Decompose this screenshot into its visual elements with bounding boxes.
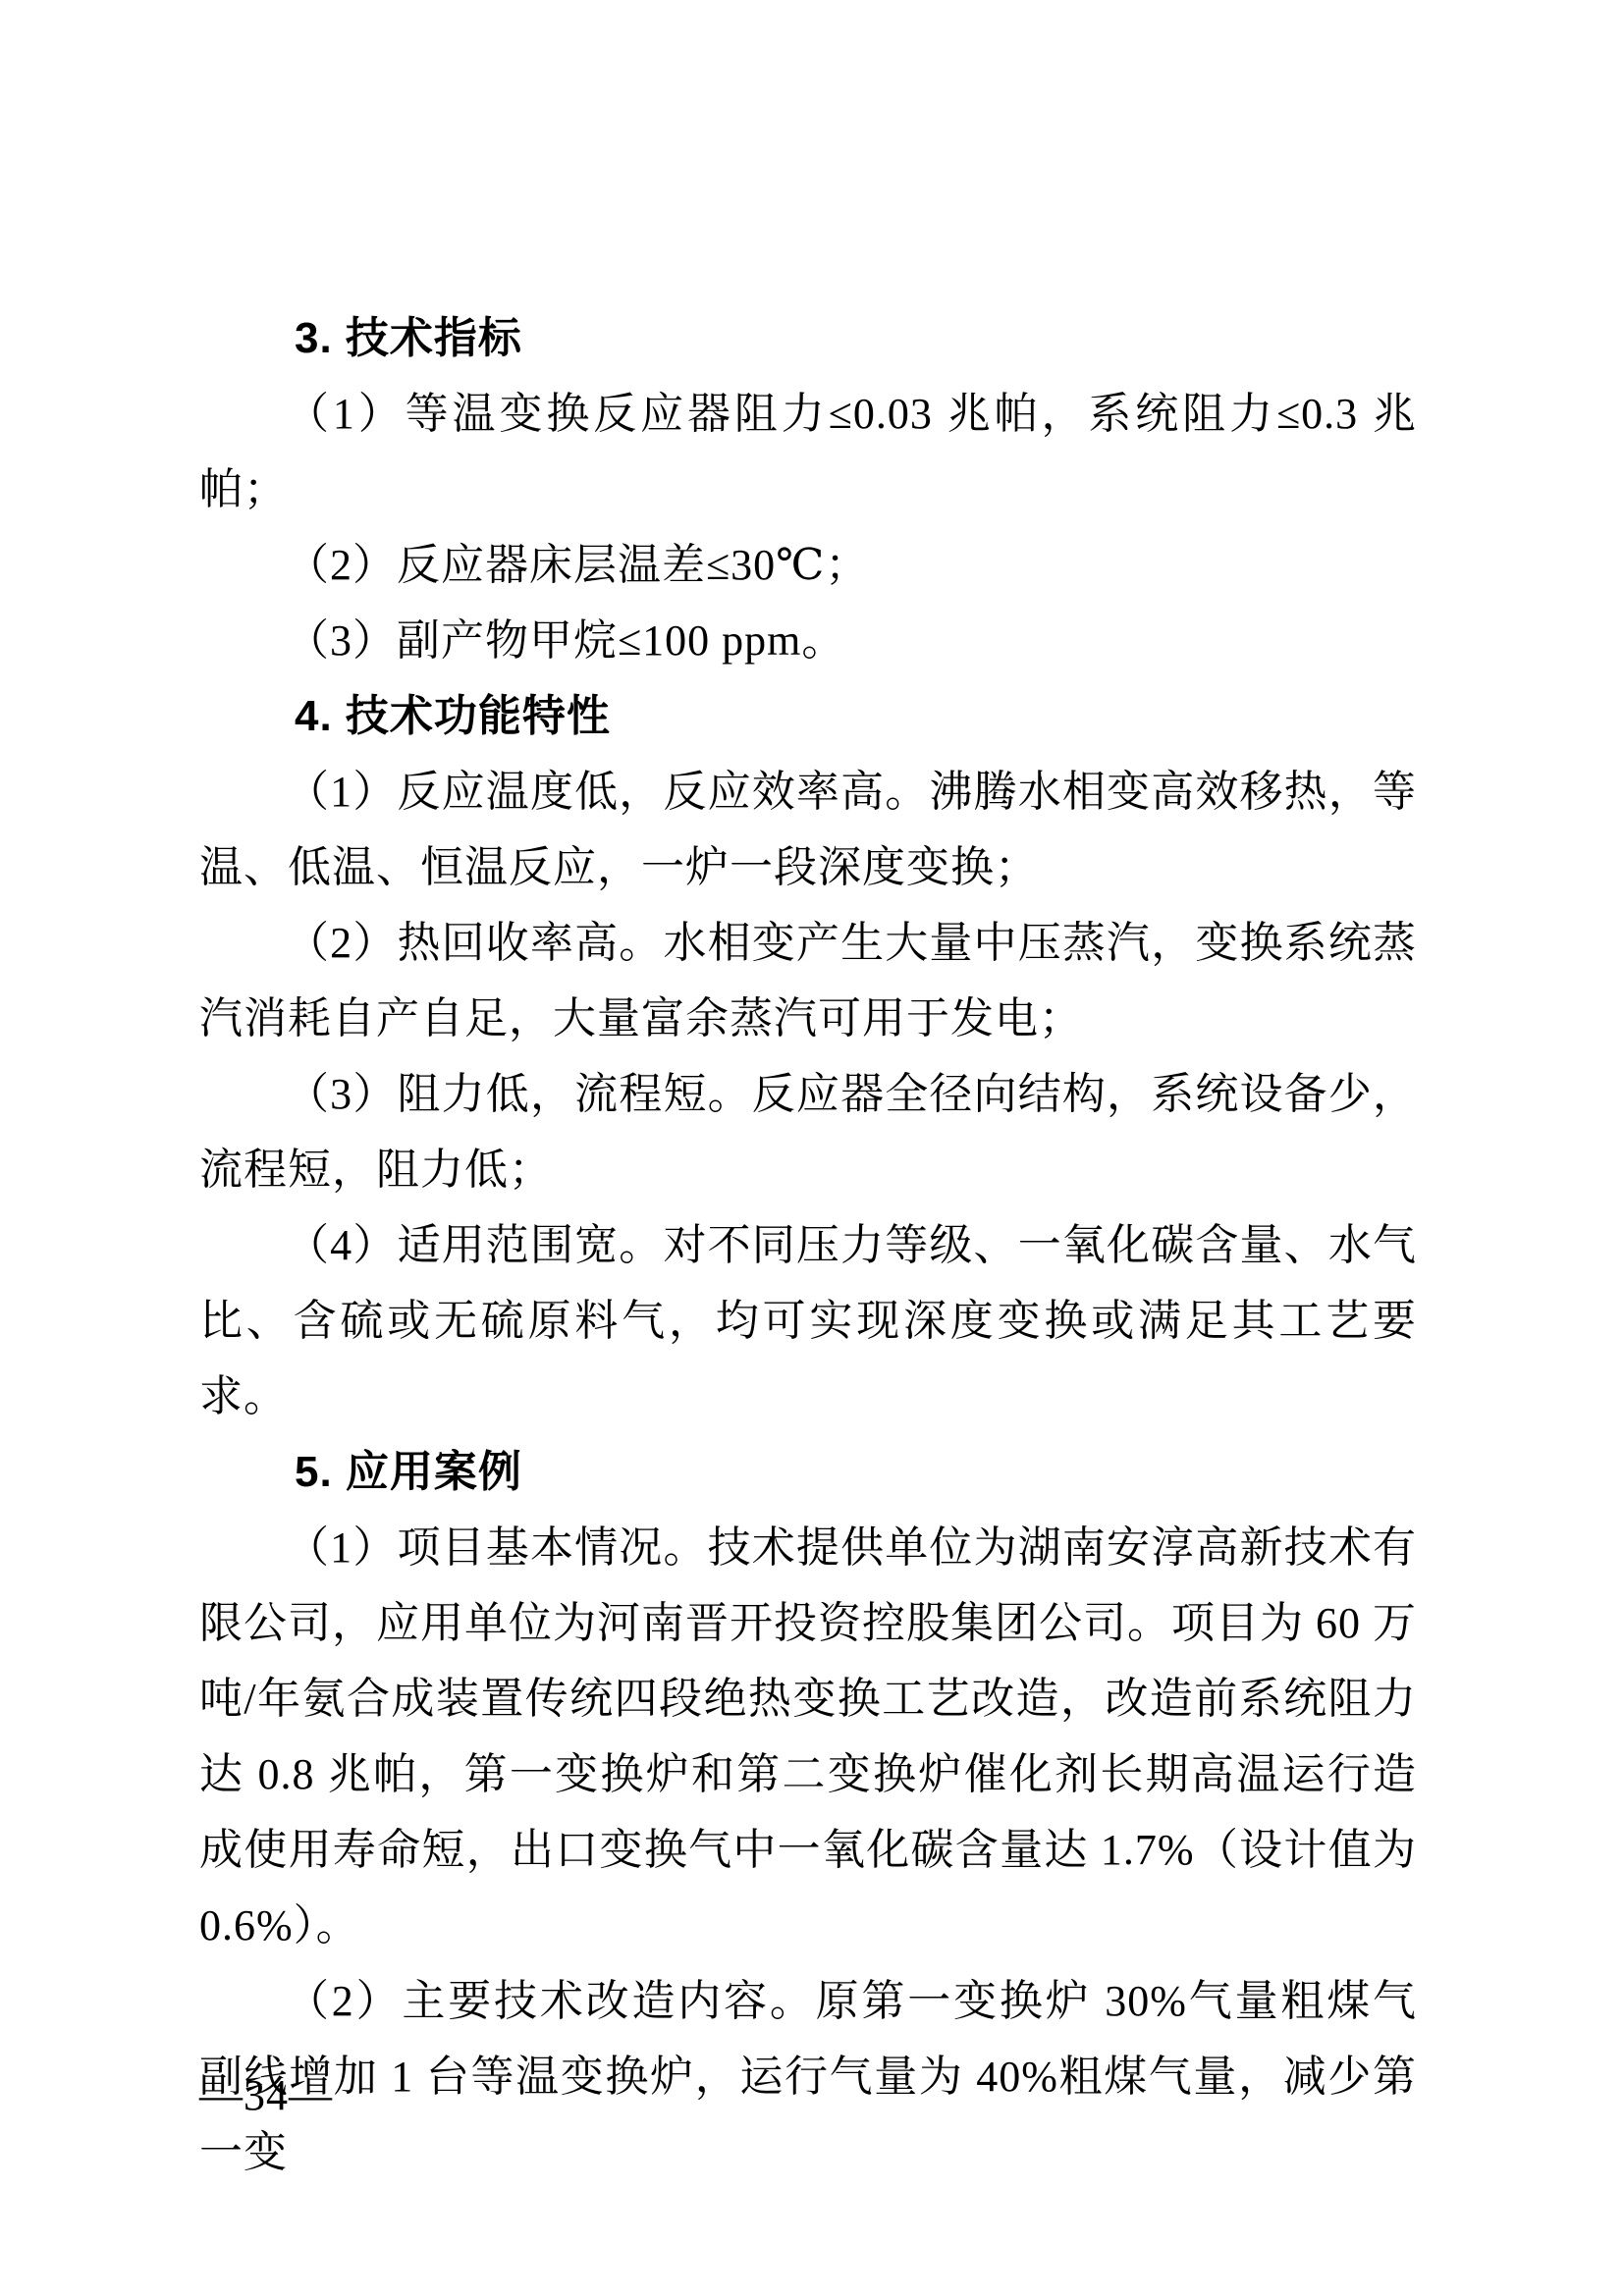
paragraph-feature-2: （2）热回收率高。水相变产生大量中压蒸汽，变换系统蒸汽消耗自产自足，大量富余蒸汽… <box>199 905 1417 1056</box>
paragraph-indicator-2: （2）反应器床层温差≤30℃； <box>199 527 1417 603</box>
document-body: 3. 技术指标 （1）等温变换反应器阻力≤0.03 兆帕，系统阻力≤0.3 兆帕… <box>199 300 1417 2190</box>
section-heading-application-case: 5. 应用案例 <box>199 1434 1417 1510</box>
paragraph-indicator-1: （1）等温变换反应器阻力≤0.03 兆帕，系统阻力≤0.3 兆帕； <box>199 376 1417 527</box>
paragraph-feature-1: （1）反应温度低，反应效率高。沸腾水相变高效移热，等温、低温、恒温反应，一炉一段… <box>199 754 1417 905</box>
paragraph-case-overview: （1）项目基本情况。技术提供单位为湖南安淳高新技术有限公司，应用单位为河南晋开投… <box>199 1510 1417 1963</box>
paragraph-indicator-3: （3）副产物甲烷≤100 ppm。 <box>199 603 1417 678</box>
page-number: —34— <box>199 2057 333 2133</box>
document-page: 3. 技术指标 （1）等温变换反应器阻力≤0.03 兆帕，系统阻力≤0.3 兆帕… <box>0 0 1623 2296</box>
paragraph-feature-4: （4）适用范围宽。对不同压力等级、一氧化碳含量、水气比、含硫或无硫原料气，均可实… <box>199 1207 1417 1434</box>
paragraph-feature-3: （3）阻力低，流程短。反应器全径向结构，系统设备少，流程短，阻力低； <box>199 1056 1417 1207</box>
paragraph-case-retrofit: （2）主要技术改造内容。原第一变换炉 30%气量粗煤气副线增加 1 台等温变换炉… <box>199 1963 1417 2190</box>
section-heading-functional-features: 4. 技术功能特性 <box>199 678 1417 754</box>
section-heading-technical-indicators: 3. 技术指标 <box>199 300 1417 376</box>
